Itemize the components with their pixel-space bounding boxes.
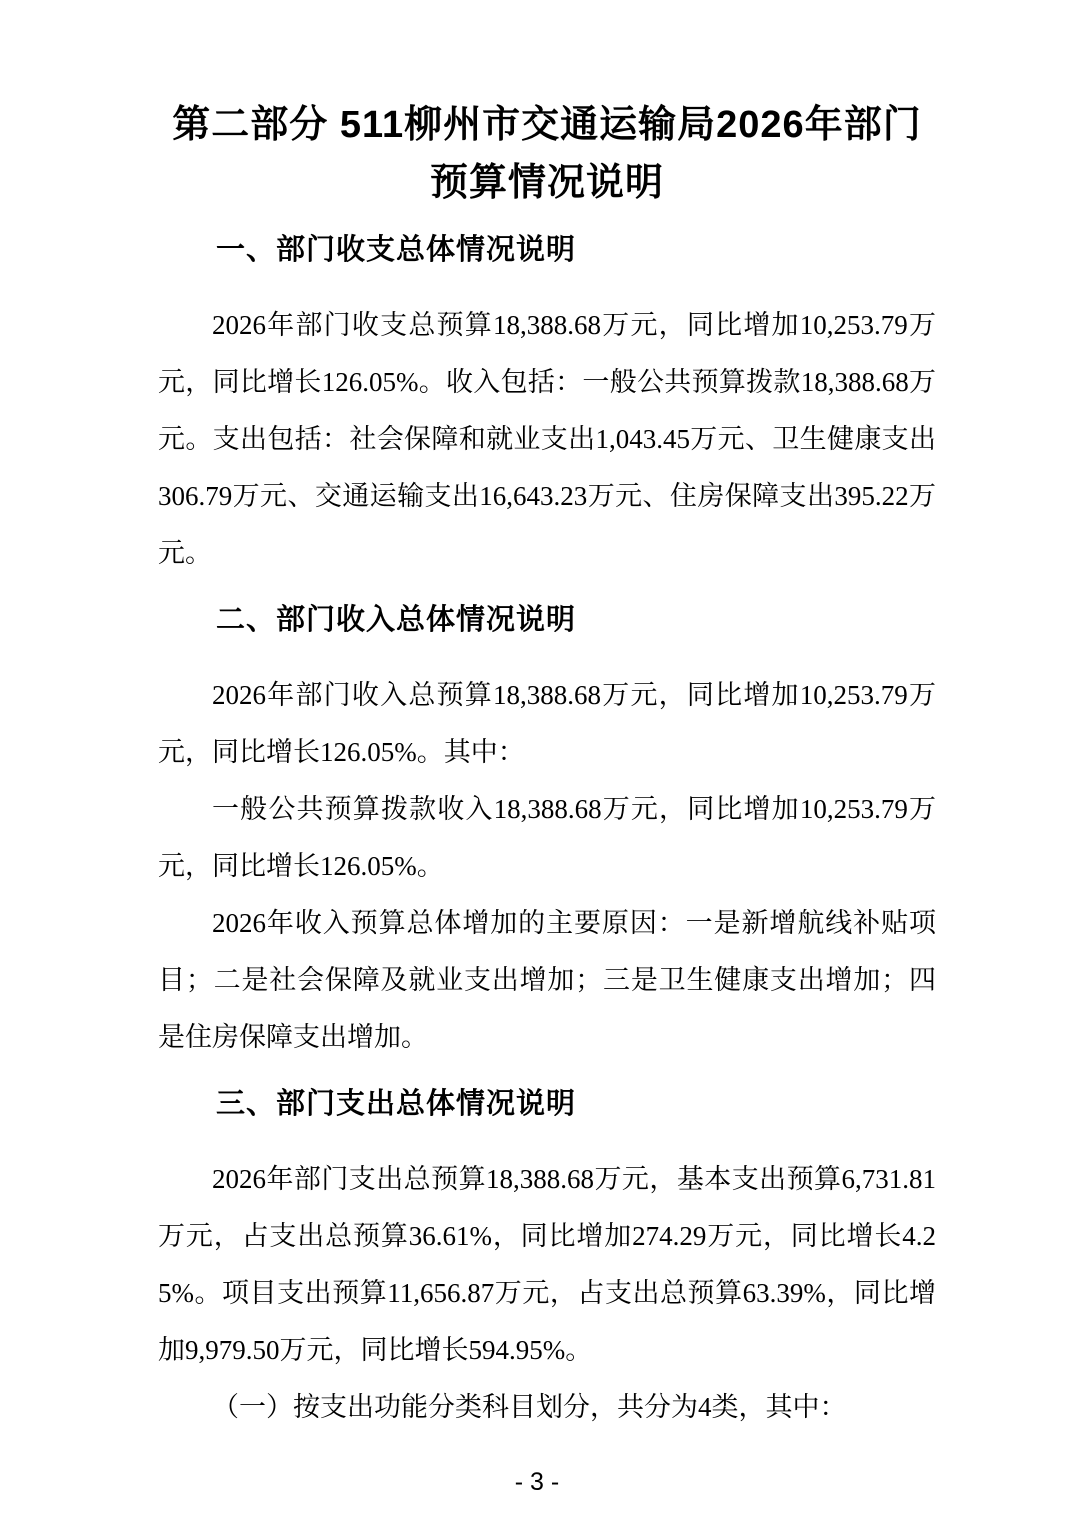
paragraph: 2026年部门支出总预算18,388.68万元，基本支出预算6,731.81万元… bbox=[158, 1151, 936, 1379]
section-heading-budget-overview: 一、部门收支总体情况说明 bbox=[158, 222, 936, 279]
paragraph: 2026年收入预算总体增加的主要原因：一是新增航线补贴项目；二是社会保障及就业支… bbox=[158, 895, 936, 1066]
page-number: - 3 - bbox=[0, 1462, 1074, 1502]
section-expenditure-overview: 三、部门支出总体情况说明 2026年部门支出总预算18,388.68万元，基本支… bbox=[158, 1076, 936, 1436]
title-line-1: 第二部分 511柳州市交通运输局2026年部门 bbox=[172, 104, 921, 146]
title-line-2: 预算情况说明 bbox=[430, 162, 664, 204]
section-income-overview: 二、部门收入总体情况说明 2026年部门收入总预算18,388.68万元，同比增… bbox=[158, 592, 936, 1066]
paragraph: 2026年部门收支总预算18,388.68万元，同比增加10,253.79万元，… bbox=[158, 297, 936, 582]
section-budget-overview: 一、部门收支总体情况说明 2026年部门收支总预算18,388.68万元，同比增… bbox=[158, 222, 936, 582]
document-page: 第二部分 511柳州市交通运输局2026年部门 预算情况说明 一、部门收支总体情… bbox=[0, 0, 1074, 1520]
section-heading-expenditure-overview: 三、部门支出总体情况说明 bbox=[158, 1076, 936, 1133]
paragraph: 2026年部门收入总预算18,388.68万元，同比增加10,253.79万元，… bbox=[158, 667, 936, 781]
paragraph: （一）按支出功能分类科目划分，共分为4类，其中： bbox=[158, 1379, 936, 1436]
document-title: 第二部分 511柳州市交通运输局2026年部门 预算情况说明 bbox=[158, 96, 936, 212]
paragraph: 一般公共预算拨款收入18,388.68万元，同比增加10,253.79万元，同比… bbox=[158, 781, 936, 895]
section-heading-income-overview: 二、部门收入总体情况说明 bbox=[158, 592, 936, 649]
